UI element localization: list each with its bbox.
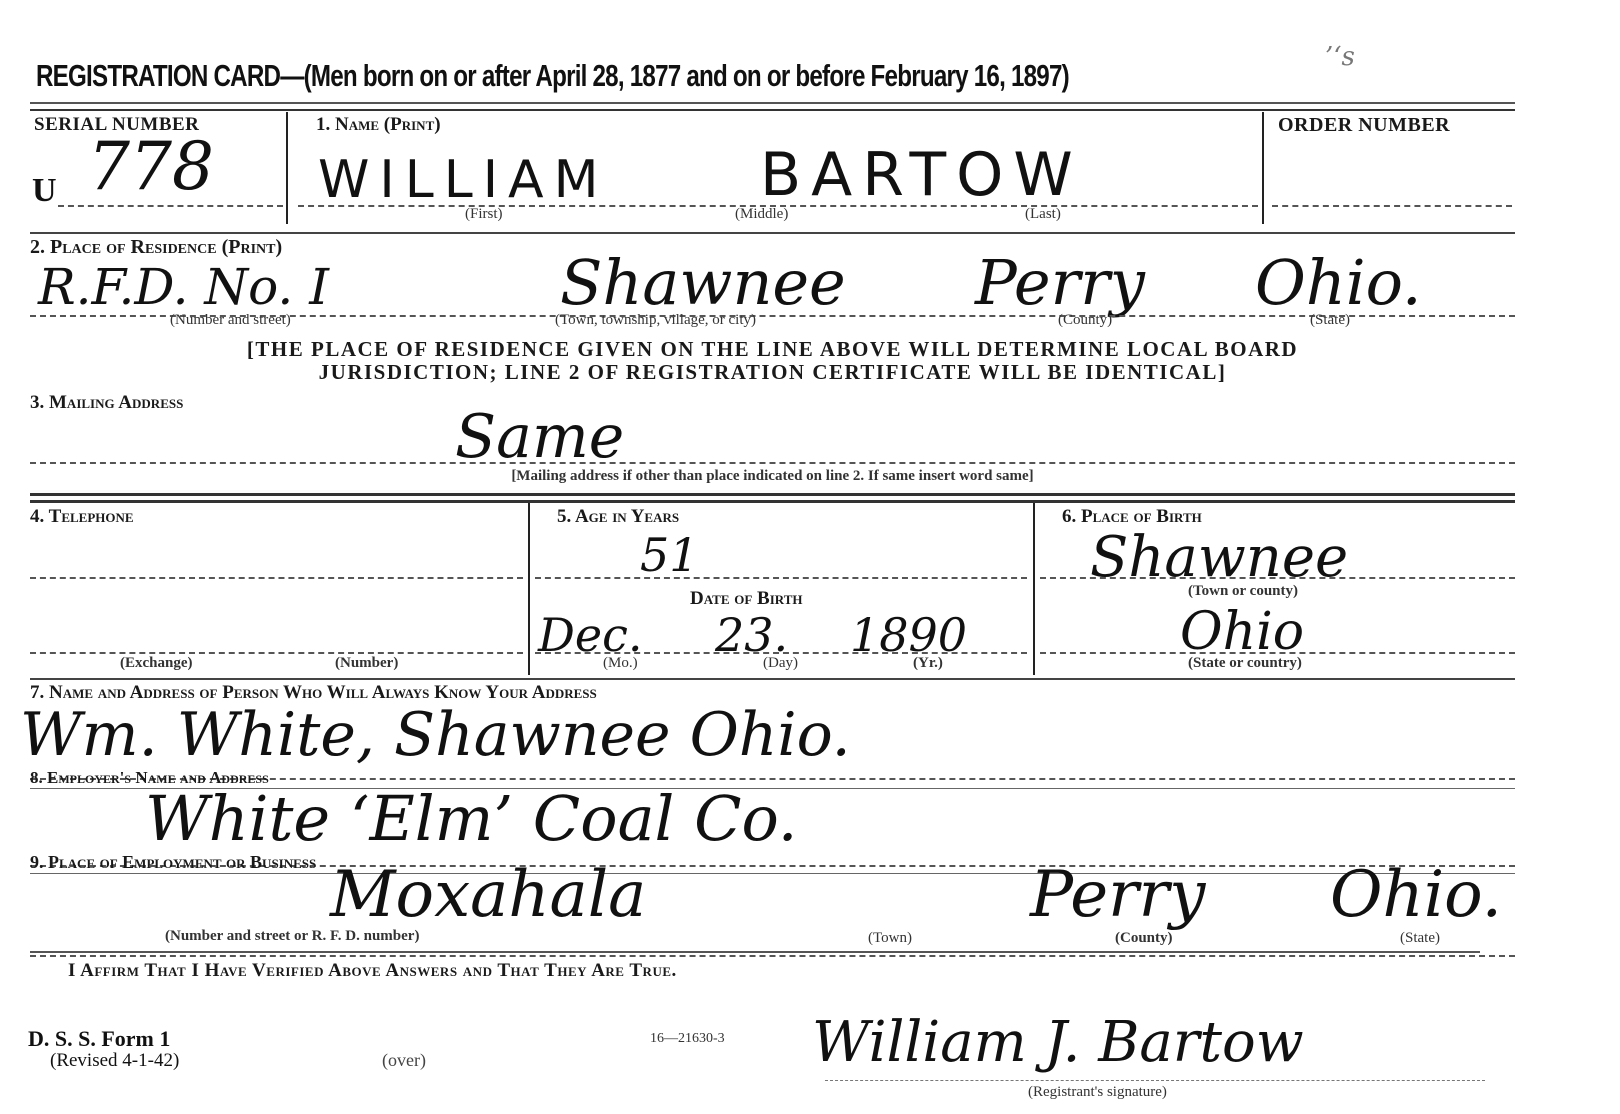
employment-county-caption: (County) [1115,930,1173,947]
dob-label: Date of Birth [690,588,803,610]
dob-day-caption: (Day) [763,655,798,672]
corner-pencil-mark: ’‘s [1325,42,1355,72]
age-value: 51 [640,528,699,582]
rule-top-2 [30,109,1515,111]
signature-line [825,1080,1485,1081]
name-middle-caption: (Middle) [735,206,788,223]
birthplace-town-value: Shawnee [1090,525,1348,590]
rule-top-1 [30,102,1515,104]
birthplace-state-line [1040,652,1515,654]
rule-row1-bottom [30,232,1515,234]
rule-row456-bottom [30,678,1515,680]
form-name: D. S. S. Form 1 [28,1026,170,1052]
registrant-signature: William J. Bartow [812,1010,1304,1075]
birthplace-state-caption: (State or country) [1188,655,1302,672]
divider-name-order [1262,112,1264,224]
rule-row9-bottom [30,951,1480,953]
residence-state-caption: (State) [1310,312,1350,329]
telephone-exchange-caption: (Exchange) [120,655,193,672]
residence-county-value: Perry [975,246,1145,319]
residence-town-value: Shawnee [560,246,846,319]
dob-year-caption: (Yr.) [913,655,943,672]
age-line [535,577,1027,579]
serial-number-value: 778 [88,128,214,205]
rule-row8-bottom [30,873,1515,874]
telephone-line-2 [30,652,523,654]
birthplace-town-line [1040,577,1515,579]
residence-county-caption: (County) [1058,312,1112,329]
serial-line [58,205,283,207]
name-first-value: WILLIAM [318,150,608,210]
name-first-caption: (First) [465,206,503,223]
order-number-label: ORDER NUMBER [1278,114,1450,137]
telephone-line-1 [30,577,523,579]
employment-county-value: Perry [1030,858,1205,932]
employment-town-value: Moxahala [330,858,646,932]
signature-caption: (Registrant's signature) [1028,1084,1167,1101]
employment-street-caption: (Number and street or R. F. D. number) [165,928,419,945]
employment-town-caption: (Town) [868,930,912,947]
residence-label: 2. Place of Residence (Print) [30,236,282,259]
residence-state-value: Ohio. [1255,246,1422,319]
form-revised: (Revised 4-1-42) [50,1050,179,1072]
divider-telephone-age [528,503,530,675]
telephone-label: 4. Telephone [30,506,134,528]
age-label: 5. Age in Years [557,506,679,528]
birthplace-town-caption: (Town or county) [1188,583,1298,600]
mailing-label: 3. Mailing Address [30,392,183,414]
divider-serial-name [286,112,288,224]
residence-notice-line2: JURISDICTION; LINE 2 OF REGISTRATION CER… [0,360,1545,385]
employment-state-caption: (State) [1400,930,1440,947]
order-number-line [1272,205,1512,207]
residence-street-caption: (Number and street) [170,312,291,329]
employer-value: White ‘Elm’ Coal Co. [145,782,797,855]
serial-prefix: U [32,172,57,210]
divider-age-birthplace [1033,503,1035,675]
name-label: 1. Name (Print) [316,114,441,136]
employment-state-value: Ohio. [1330,858,1502,932]
rule-mailing-2 [30,500,1515,503]
affirmation-text: I Affirm That I Have Verified Above Answ… [68,960,677,982]
residence-street-value: R.F.D. No. I [38,258,329,316]
card-title: REGISTRATION CARD—(Men born on or after … [36,58,1069,94]
name-last-value: BARTOW [760,140,1083,210]
rule-mailing-1 [30,493,1515,496]
residence-notice-line1: [THE PLACE OF RESIDENCE GIVEN ON THE LIN… [30,337,1515,362]
over-note: (over) [382,1050,426,1071]
telephone-number-caption: (Number) [335,655,398,672]
employment-line [30,955,1515,957]
dob-month-caption: (Mo.) [603,655,638,672]
employment-place-label: 9. Place of Employment or Business [30,852,316,873]
mailing-line [30,462,1515,464]
residence-town-caption: (Town, township, village, or city) [555,312,756,329]
name-last-caption: (Last) [1025,206,1061,223]
print-code: 16—21630-3 [650,1031,725,1047]
contact-person-value: Wm. White, Shawnee Ohio. [20,700,851,770]
dob-line [535,652,1027,654]
mailing-caption: [Mailing address if other than place ind… [30,468,1515,485]
